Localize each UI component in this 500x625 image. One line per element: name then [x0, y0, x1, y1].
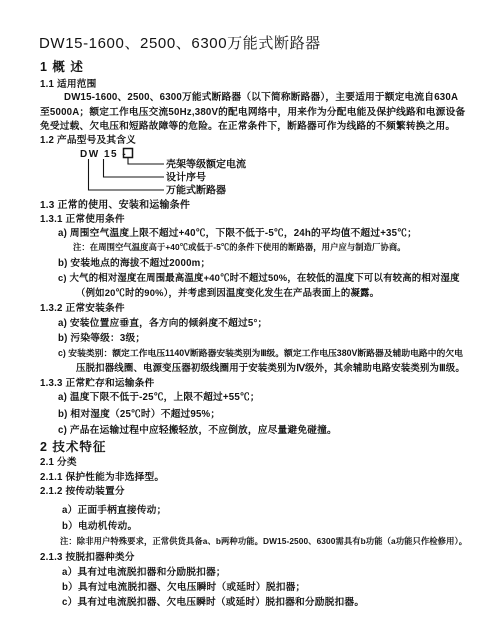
heading-1-3-3-storage-transport: 1.3.3 正常贮存和运输条件 — [40, 378, 154, 390]
heading-2-1-2-drive: 2.1.2 按传动装置分 — [40, 486, 125, 498]
list-item-212-a: a）正面手柄直接传动； — [62, 505, 166, 517]
list-item-132-c-cont: 压脱扣器线圈、电源变压器初级线圈用于安装类别为Ⅳ级外，其余辅助电路安装类别为Ⅲ级… — [76, 362, 465, 373]
callout-line-design-number — [104, 159, 165, 177]
list-item-213-c: c）具有过电流脱扣器、欠电压瞬时（或延时）脱扣器和分励脱扣器。 — [62, 597, 364, 609]
list-item-213-b: b）具有过电流脱扣器、欠电压瞬时（或延时）脱扣器； — [62, 582, 305, 594]
model-prefix-text: DW 15 - — [80, 149, 127, 160]
model-designation-diagram: DW 15 - 壳架等级额定电流 设计序号 万能式断路器 — [80, 146, 380, 200]
document-page: DW15-1600、2500、6300万能式断路器 1 概 述 1.1 适用范围… — [0, 0, 500, 625]
list-item-131-c-cont: （例如20℃时的90%），并考虑到因温度变化发生在产品表面上的凝露。 — [76, 287, 379, 298]
list-item-133-b: b) 相对湿度（25℃时）不超过95%； — [58, 409, 220, 421]
list-item-132-c: c) 安装类别：额定工作电压1140V断路器安装类别为Ⅲ级。额定工作电压380V… — [58, 348, 463, 359]
list-item-131-b: b) 安装地点的海拔不超过2000m； — [58, 258, 210, 270]
heading-1-overview: 1 概 述 — [40, 60, 84, 75]
heading-1-2-model: 1.2 产品型号及其含义 — [40, 135, 136, 147]
callout-line-frame-current — [128, 158, 164, 164]
heading-1-3-conditions: 1.3 正常的使用、安装和运输条件 — [40, 200, 190, 212]
list-item-212-b: b）电动机传动。 — [62, 521, 137, 533]
heading-2-1-classification: 2.1 分类 — [40, 457, 77, 469]
paragraph-line-3: 免受过载、欠电压和短路故障等的危险。在正常条件下，断路器可作为线路的不频繁转换之… — [40, 121, 455, 133]
callout-label-design-number: 设计序号 — [166, 171, 206, 184]
heading-1-1-scope: 1.1 适用范围 — [40, 79, 97, 91]
note-212: 注：除非用户特殊要求，正常供货具备a、b两种功能。DW15-2500、6300需… — [60, 537, 467, 547]
heading-1-3-2-installation: 1.3.2 正常安装条件 — [40, 303, 125, 315]
list-item-132-b: b) 污染等级：3级； — [58, 333, 145, 345]
list-item-213-a: a）具有过电流脱扣器和分励脱扣器； — [62, 567, 226, 579]
callout-label-breaker-type: 万能式断路器 — [166, 184, 226, 197]
line-2-1-1-protection: 2.1.1 保护性能为非选择型。 — [40, 472, 164, 484]
paragraph-line-1: DW15-1600、2500、6300万能式断路器（以下简称断路器），主要适用于… — [64, 92, 458, 104]
list-item-131-a: a) 周围空气温度上限不超过+40℃，下限不低于-5℃，24h的平均值不超过+3… — [58, 228, 417, 240]
heading-2-1-3-release-types: 2.1.3 按脱扣器种类分 — [40, 552, 135, 564]
list-item-132-a: a) 安装位置应垂直，各方向的倾斜度不超过5°； — [58, 318, 267, 330]
paragraph-line-2: 至5000A；额定工作电压交流50Hz,380V的配电网络中，用来作为分配电能及… — [40, 107, 465, 119]
heading-1-3-1-normal-use: 1.3.1 正常使用条件 — [40, 214, 125, 226]
callout-label-frame-current: 壳架等级额定电流 — [166, 158, 246, 171]
list-item-131-c: c) 大气的相对湿度在周围最高温度+40℃时不超过50%，在较低的温度下可以有较… — [58, 272, 460, 283]
list-item-133-c: c) 产品在运输过程中应轻搬轻放，不应倒放，应尽量避免碰撞。 — [58, 425, 337, 437]
doc-title: DW15-1600、2500、6300万能式断路器 — [39, 35, 321, 53]
note-131: 注：在周围空气温度高于+40℃或低于-5℃的条件下使用的断路器，用户应与制造厂协… — [73, 243, 406, 253]
heading-2-technical-features: 2 技术特征 — [40, 440, 106, 455]
list-item-133-a: a) 温度下限不低于-25℃，上限不超过+55℃； — [58, 392, 260, 404]
